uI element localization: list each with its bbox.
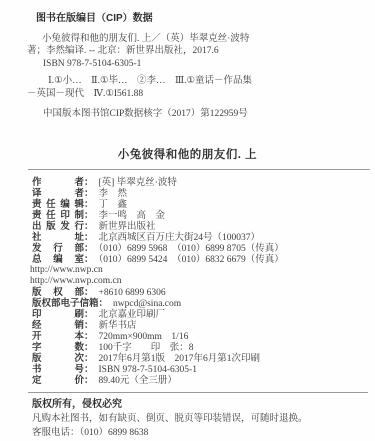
- rights-email: nwpcd@sina.com: [113, 299, 181, 309]
- row-format: 开 本：720mm×900mm 1/16: [32, 331, 369, 342]
- field-label: 译 者: [32, 188, 84, 199]
- field-label: 印 刷: [32, 309, 84, 320]
- field-colon: ：: [84, 364, 94, 375]
- row-price: 定 价：89.40元（全三册）: [32, 375, 369, 386]
- copyright-notice-body: 凡购本社图书，如有缺页、倒页、脱页等印装错误，可随时退换。: [32, 413, 365, 427]
- field-value: 新华书店: [99, 321, 137, 331]
- row-print-supervisor: 责任印制：李一鸣 高 金: [32, 210, 369, 221]
- field-colon: ：: [84, 309, 94, 320]
- field-value: 新世界出版社: [99, 222, 156, 232]
- field-colon: ：: [84, 221, 94, 232]
- field-value: +8610 6899 6306: [99, 288, 166, 298]
- field-label: 字 数: [32, 342, 84, 353]
- row-isbn: 书 号：ISBN 978-7-5104-6305-1: [32, 364, 369, 375]
- field-label: 出版发行: [32, 221, 84, 232]
- cip-header: 图书在版编目（CIP）数据: [27, 13, 367, 26]
- field-value: ISBN 978-7-5104-6305-1: [99, 365, 197, 375]
- row-edition: 版 次：2017年6月第1版 2017年6月第1次印刷: [32, 353, 369, 364]
- field-colon: ：: [99, 298, 109, 309]
- field-value: 北京西城区百万庄大街24号（100037）: [99, 233, 261, 243]
- field-label: 责任印制: [32, 210, 84, 221]
- field-label: 社 址: [32, 232, 84, 243]
- row-rights-email: 版权部电子信箱：nwpcd@sina.com: [32, 298, 369, 309]
- field-value: 李 然: [99, 189, 128, 199]
- title-divider: [28, 169, 370, 170]
- field-value: 丁 鑫: [99, 200, 128, 210]
- field-colon: ：: [84, 320, 94, 331]
- field-value: （010）6899 5968 （010）6899 8705（传真）: [99, 244, 284, 254]
- field-label: 定 价: [32, 375, 84, 386]
- row-website-1: http://www.nwp.cn: [32, 265, 369, 276]
- field-value: 北京嘉业印刷厂: [99, 310, 166, 320]
- field-value: 李一鸣 高 金: [99, 211, 166, 221]
- publisher-url: http://www.nwp.cn: [30, 265, 103, 275]
- row-rights-dept: 版 权 部：+8610 6899 6306: [32, 287, 369, 298]
- cip-isbn: ISBN 978-7-5104-6305-1: [27, 58, 367, 71]
- field-colon: ：: [84, 331, 94, 342]
- field-colon: ：: [84, 287, 94, 298]
- cip-classification-line-2: －英国－现代 Ⅳ.①I561.88: [27, 88, 367, 101]
- field-colon: ：: [84, 375, 94, 386]
- field-label: 版 次: [32, 353, 84, 364]
- field-value: 89.40元（全三册）: [99, 376, 177, 386]
- field-label: 书 号: [32, 364, 84, 375]
- field-colon: ：: [84, 210, 94, 221]
- footer-divider: [28, 392, 368, 393]
- customer-service-phone: 客服电话：（010）6899 8638: [32, 427, 365, 441]
- field-label: 发 行 部: [32, 243, 84, 254]
- cip-description-line-2: 著；李然编译. -- 北京：新世界出版社，2017.6: [27, 45, 367, 58]
- field-label: 责任编辑: [32, 199, 84, 210]
- book-title: 小兔彼得和他的朋友们. 上: [0, 146, 375, 162]
- field-colon: ：: [84, 243, 94, 254]
- cip-classification-line-1: Ⅰ.①小… Ⅱ.①毕… ②李… Ⅲ.①童话－作品集: [27, 75, 367, 88]
- row-publisher: 出版发行：新世界出版社: [32, 221, 369, 232]
- row-address: 社 址：北京西城区百万庄大街24号（100037）: [32, 232, 369, 243]
- field-colon: ：: [84, 232, 94, 243]
- copyright-notice: 版权所有，侵权必究 凡购本社图书，如有缺页、倒页、脱页等印装错误，可随时退换。 …: [32, 398, 365, 441]
- field-colon: ：: [84, 353, 94, 364]
- field-label: 经 销: [32, 320, 84, 331]
- field-colon: ：: [84, 254, 94, 265]
- field-label: 作 者: [32, 177, 84, 188]
- cip-description-line-1: 小兔彼得和他的朋友们. 上／（英）毕翠克丝·波特: [27, 33, 367, 46]
- row-editor: 责任编辑：丁 鑫: [32, 199, 369, 210]
- field-label: 总 编 室: [32, 254, 84, 265]
- colophon-rows: 作 者：[英] 毕翠克丝·波特 译 者：李 然 责任编辑：丁 鑫 责任印制：李一…: [32, 177, 369, 386]
- copyright-notice-title: 版权所有，侵权必究: [32, 398, 365, 412]
- field-colon: ：: [84, 199, 94, 210]
- field-label: 版权部电子信箱: [32, 298, 99, 309]
- field-value: （010）6899 5424 （010）6832 6679（传真）: [99, 255, 284, 265]
- field-colon: ：: [84, 342, 94, 353]
- row-author: 作 者：[英] 毕翠克丝·波特: [32, 177, 369, 188]
- row-website-2: http://www.nwp.com.cn: [32, 276, 369, 287]
- cip-block: 图书在版编目（CIP）数据 小兔彼得和他的朋友们. 上／（英）毕翠克丝·波特 著…: [0, 0, 375, 121]
- row-word-count: 字 数：100千字 印 张：8: [32, 342, 369, 353]
- row-editorial-office: 总 编 室：（010）6899 5424 （010）6832 6679（传真）: [32, 254, 369, 265]
- field-label: 开 本: [32, 331, 84, 342]
- field-value: 2017年6月第1版 2017年6月第1次印刷: [99, 354, 261, 364]
- row-printer: 印 刷：北京嘉业印刷厂: [32, 309, 369, 320]
- cip-record-number: 中国版本图书馆CIP数据核字（2017）第122959号: [27, 108, 367, 121]
- field-value: 100千字 印 张：8: [99, 343, 194, 353]
- row-translator: 译 者：李 然: [32, 188, 369, 199]
- copyright-page: 图书在版编目（CIP）数据 小兔彼得和他的朋友们. 上／（英）毕翠克丝·波特 著…: [0, 0, 375, 441]
- publisher-url-alt: http://www.nwp.com.cn: [30, 276, 121, 286]
- field-value: [英] 毕翠克丝·波特: [99, 178, 177, 188]
- field-label: 版 权 部: [32, 287, 84, 298]
- row-distributor: 经 销：新华书店: [32, 320, 369, 331]
- field-value: 720mm×900mm 1/16: [99, 332, 189, 342]
- row-distribution-dept: 发 行 部：（010）6899 5968 （010）6899 8705（传真）: [32, 243, 369, 254]
- field-colon: ：: [84, 177, 94, 188]
- field-colon: ：: [84, 188, 94, 199]
